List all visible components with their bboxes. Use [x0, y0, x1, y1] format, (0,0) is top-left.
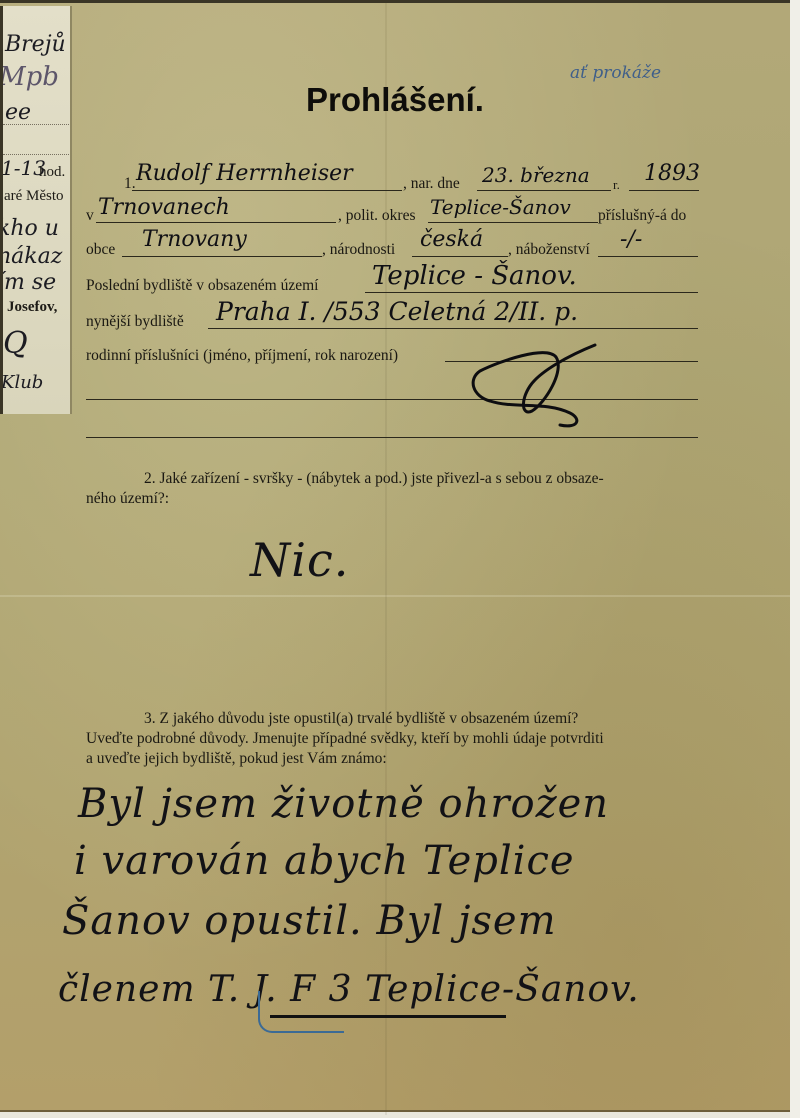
religion-label: , náboženství [508, 241, 590, 259]
stub-handwriting: Q [3, 326, 28, 361]
question-2-line: 2. Jaké zařízení - svršky - (nábytek a p… [86, 469, 706, 489]
birthplace-line [96, 222, 336, 223]
birth-date-label: , nar. dne [403, 175, 460, 193]
question-3: 3. Z jakého důvodu jste opustil(a) trval… [86, 709, 706, 769]
answer-3-line: Byl jsem životně ohrožen [78, 781, 609, 827]
stub-place: aré Město [4, 188, 64, 205]
religion-value: -/- [620, 229, 642, 251]
scan-background [790, 0, 800, 1118]
family-label: rodinní příslušníci (jméno, příjmení, ro… [86, 347, 398, 365]
stub-handwriting: nákaz [0, 244, 62, 269]
dotted-line [3, 154, 72, 155]
stub-handwriting: Brejů [5, 32, 66, 57]
district-value: Teplice-Šanov [430, 197, 571, 217]
stub-hour-label: hod. [39, 164, 65, 181]
dotted-line [3, 124, 72, 125]
question-3-line: a uveďte jejich bydliště, pokud jest Vám… [86, 749, 706, 769]
nationality-label: , národnosti [322, 241, 395, 259]
margin-note: ať prokáže [570, 63, 661, 83]
attached-stub: Brejů Mpb ee 1-13 hod. aré Město kho u n… [0, 6, 72, 414]
current-residence-line [208, 328, 698, 329]
district-line [428, 222, 598, 223]
blue-pencil-mark [258, 991, 344, 1033]
stub-handwriting: Klub [1, 372, 43, 393]
birth-year-value: 1893 [644, 163, 700, 185]
religion-line [598, 256, 698, 257]
last-residence-line [365, 292, 698, 293]
current-residence-label: nynější bydliště [86, 313, 184, 331]
year-label: r. [613, 177, 620, 193]
strike-mark-icon [460, 341, 600, 431]
last-residence-label: Poslední bydliště v obsazeném území [86, 277, 318, 295]
stub-josefov: Josefov, [7, 299, 57, 316]
in-label: v [86, 207, 94, 225]
document-page: Brejů Mpb ee 1-13 hod. aré Město kho u n… [0, 0, 790, 1112]
question-3-line: Uveďte podrobné důvody. Jmenujte případn… [86, 729, 706, 749]
birth-year-line [629, 190, 699, 191]
current-residence-value: Praha I. /553 Celetná 2/II. p. [216, 299, 578, 324]
municipality-line [122, 256, 322, 257]
answer-3-line: členem T. J. F 3 Teplice-Šanov. [58, 969, 640, 1010]
nationality-value: česká [420, 229, 483, 251]
question-3-line: 3. Z jakého důvodu jste opustil(a) trval… [86, 709, 706, 729]
document-title: Prohlášení. [0, 81, 790, 119]
stub-handwriting: ím se [0, 270, 56, 295]
answer-2: Nic. [250, 533, 349, 587]
answer-3-line: Šanov opustil. Byl jsem [62, 898, 557, 944]
belongs-label: příslušný-á do [598, 207, 686, 225]
answer-3-line: i varován abych Teplice [74, 838, 575, 884]
municipality-value: Trnovany [142, 229, 247, 251]
family-line [86, 437, 698, 438]
municipality-label: obce [86, 241, 115, 259]
paper-fold [0, 595, 790, 597]
last-residence-value: Teplice - Šanov. [372, 263, 577, 289]
nationality-line [412, 256, 508, 257]
question-2-line: ného území?: [86, 489, 706, 509]
birthplace-value: Trnovanech [98, 197, 230, 219]
birth-date-line [477, 190, 611, 191]
family-line [86, 399, 698, 400]
question-2: 2. Jaké zařízení - svršky - (nábytek a p… [86, 469, 706, 509]
name-value: Rudolf Herrnheiser [136, 163, 353, 185]
stub-handwriting: kho u [0, 216, 59, 241]
paper-fold [385, 3, 387, 1115]
name-field-line [132, 190, 402, 191]
birth-date-value: 23. března [482, 165, 590, 185]
district-label: , polit. okres [338, 207, 416, 225]
